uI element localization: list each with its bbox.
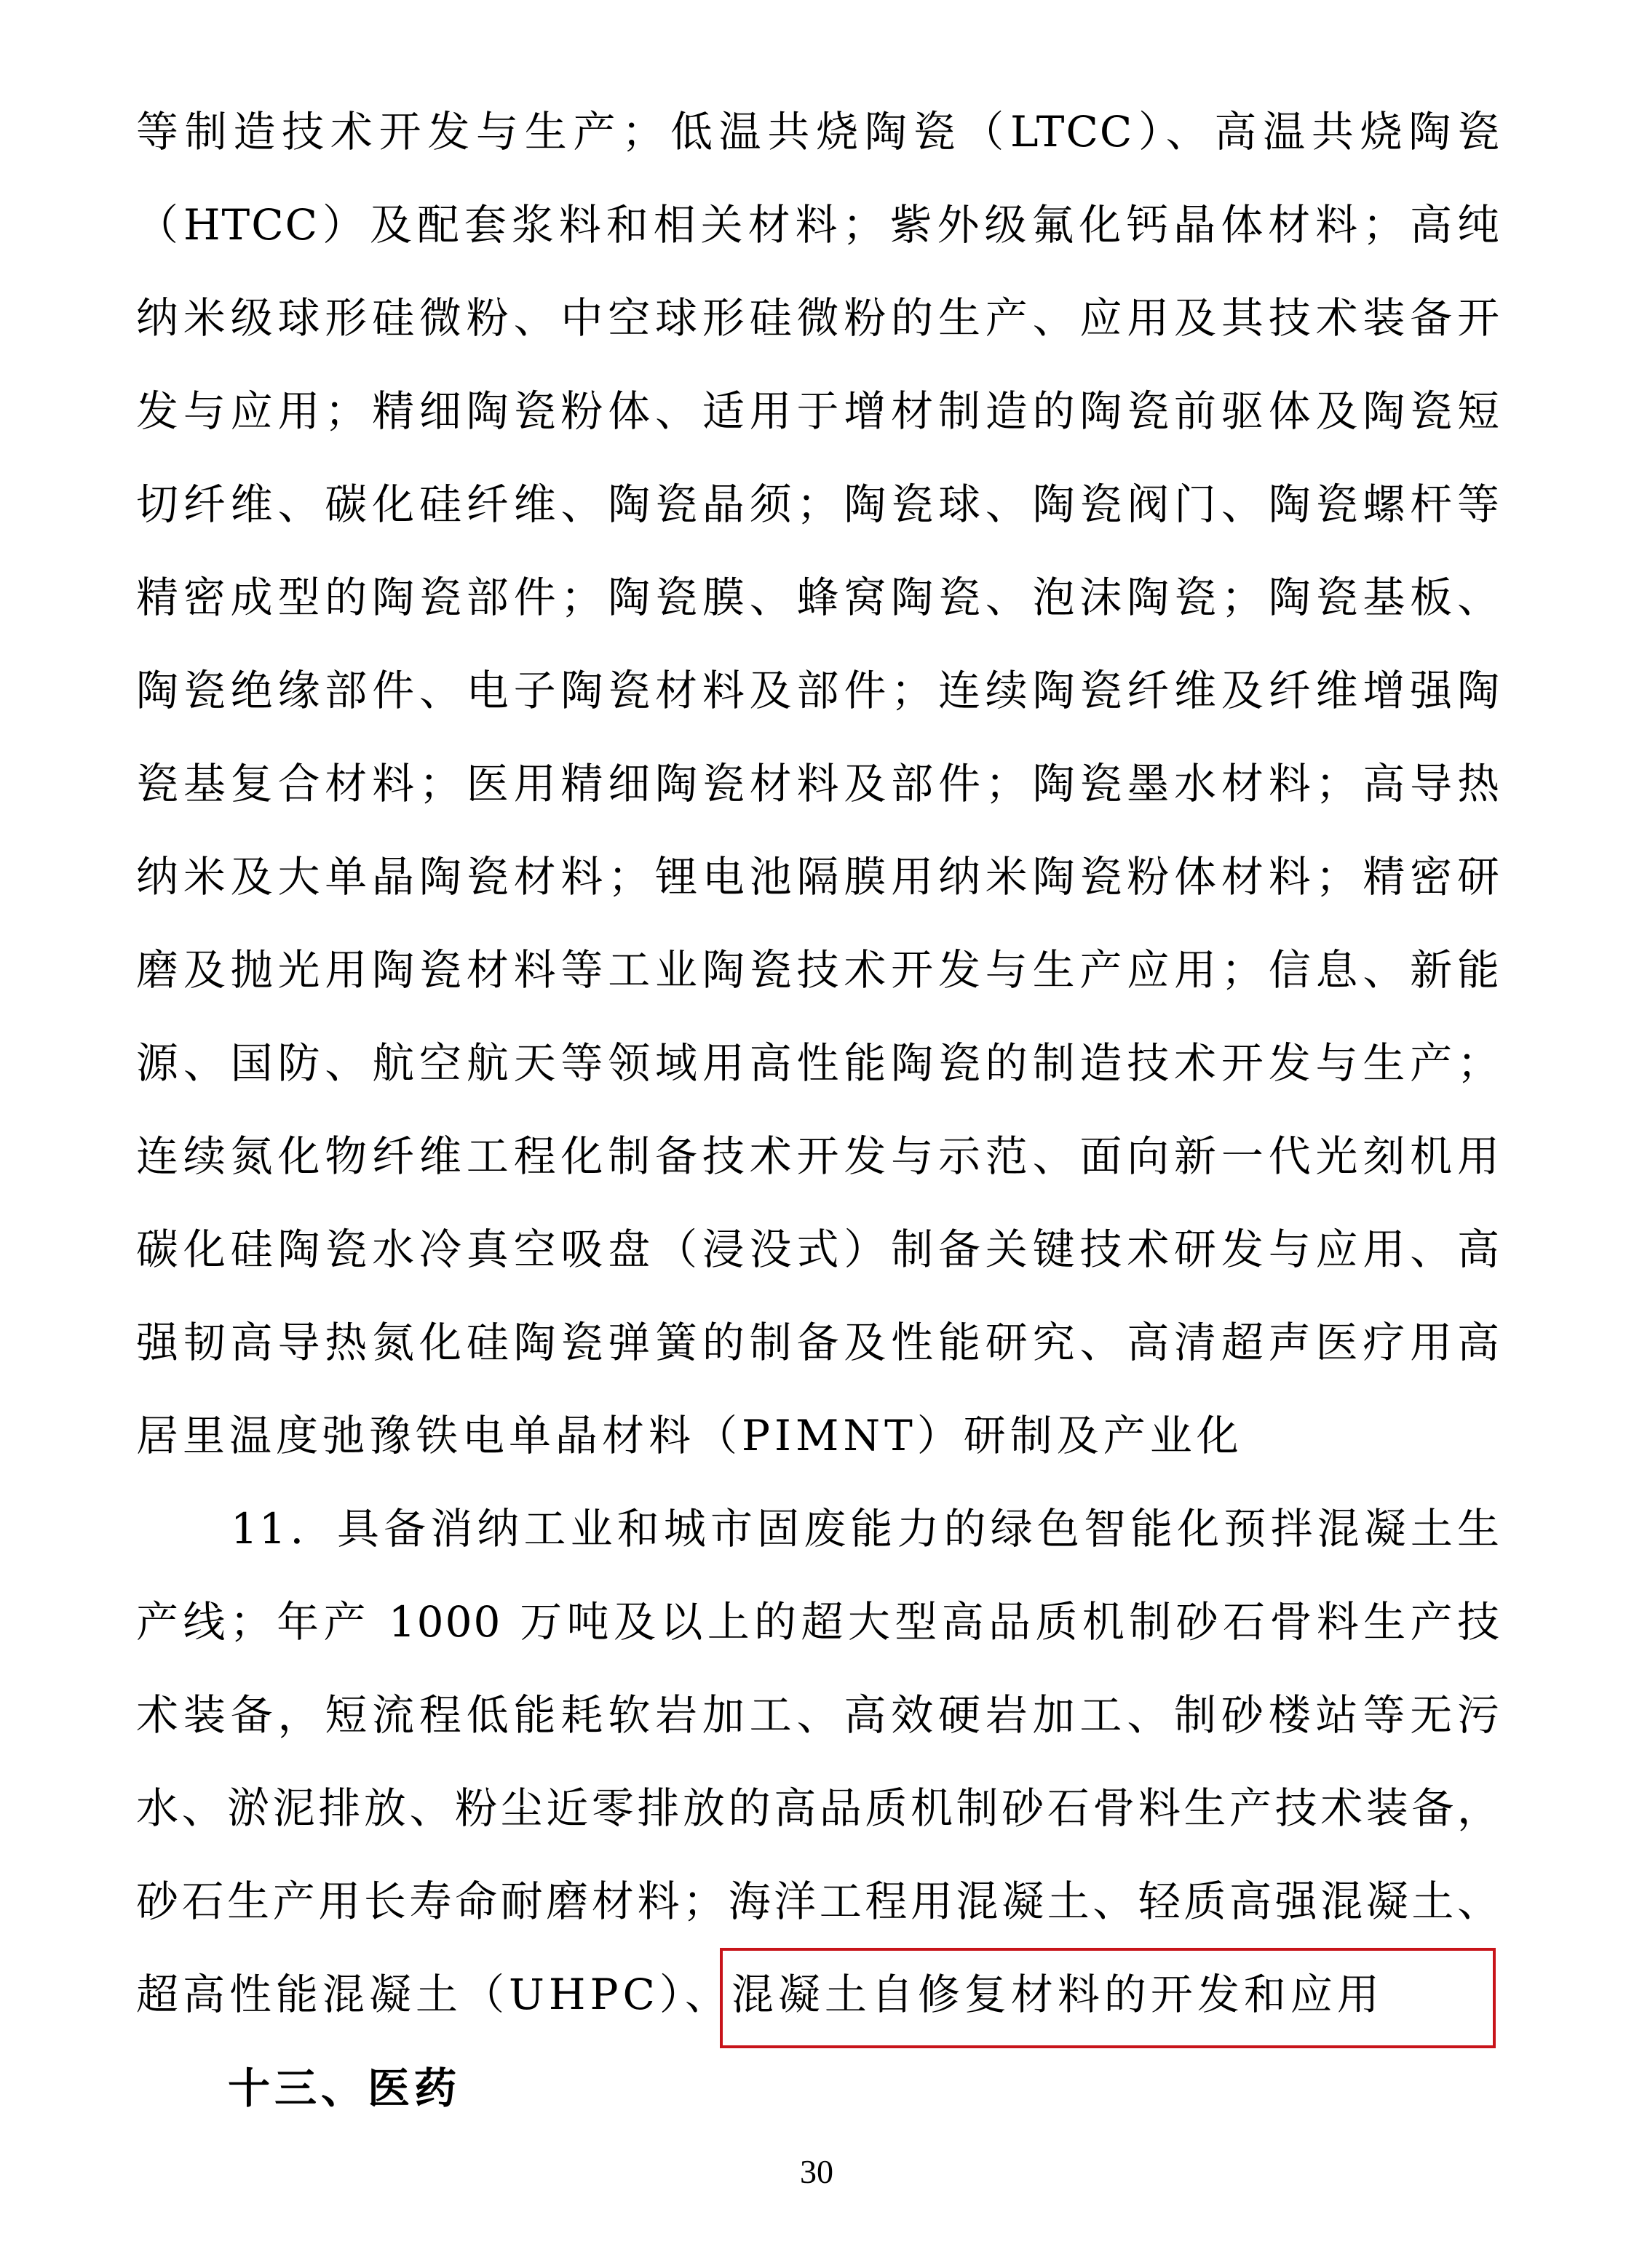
text-line: 纳米级球形硅微粉、中空球形硅微粉的生产、应用及其技术装备开 [136, 289, 1501, 347]
text-line: 强韧高导热氮化硅陶瓷弹簧的制备及性能研究、高清超声医疗用高 [136, 1313, 1501, 1372]
text-line: 纳米及大单晶陶瓷材料；锂电池隔膜用纳米陶瓷粉体材料；精密研 [136, 848, 1501, 906]
text-line: 等制造技术开发与生产；低温共烧陶瓷（LTCC）、高温共烧陶瓷 [136, 103, 1501, 161]
text-segment: 超高性能混凝土（UHPC）、 [136, 1970, 731, 2019]
text-line: 居里温度弛豫铁电单晶材料（PIMNT）研制及产业化 [136, 1406, 1501, 1465]
text-line: 切纤维、碳化硅纤维、陶瓷晶须；陶瓷球、陶瓷阀门、陶瓷螺杆等 [136, 475, 1501, 533]
text-line: 源、国防、航空航天等领域用高性能陶瓷的制造技术开发与生产； [136, 1034, 1501, 1092]
text-line: 砂石生产用长寿命耐磨材料；海洋工程用混凝土、轻质高强混凝土、 [136, 1872, 1501, 1930]
text-line: 产线；年产 1000 万吨及以上的超大型高品质机制砂石骨料生产技 [136, 1593, 1501, 1651]
text-line: 发与应用；精细陶瓷粉体、适用于增材制造的陶瓷前驱体及陶瓷短 [136, 382, 1501, 440]
text-line: 瓷基复合材料；医用精细陶瓷材料及部件；陶瓷墨水材料；高导热 [136, 755, 1501, 813]
document-page: 等制造技术开发与生产；低温共烧陶瓷（LTCC）、高温共烧陶瓷 （HTCC）及配套… [0, 0, 1634, 2268]
text-line: 连续氮化物纤维工程化制备技术开发与示范、面向新一代光刻机用 [136, 1127, 1501, 1185]
text-line: 陶瓷绝缘部件、电子陶瓷材料及部件；连续陶瓷纤维及纤维增强陶 [136, 661, 1501, 720]
text-line: 磨及抛光用陶瓷材料等工业陶瓷技术开发与生产应用；信息、新能 [136, 941, 1501, 999]
text-line: 术装备，短流程低能耗软岩加工、高效硬岩加工、制砂楼站等无污 [136, 1686, 1501, 1744]
page-number: 30 [744, 2154, 889, 2190]
text-line: 精密成型的陶瓷部件；陶瓷膜、蜂窝陶瓷、泡沫陶瓷；陶瓷基板、 [136, 568, 1501, 626]
list-item-11-first-line: 11．具备消纳工业和城市固废能力的绿色智能化预拌混凝土生 [231, 1500, 1501, 1558]
red-highlight-box [720, 1948, 1496, 2048]
text-line: 水、淤泥排放、粉尘近零排放的高品质机制砂石骨料生产技术装备， [136, 1779, 1501, 1837]
section-heading: 十三、医药 [228, 2059, 461, 2117]
text-line: （HTCC）及配套浆料和相关材料；紫外级氟化钙晶体材料；高纯 [136, 196, 1501, 254]
text-line: 碳化硅陶瓷水冷真空吸盘（浸没式）制备关键技术研发与应用、高 [136, 1220, 1501, 1278]
